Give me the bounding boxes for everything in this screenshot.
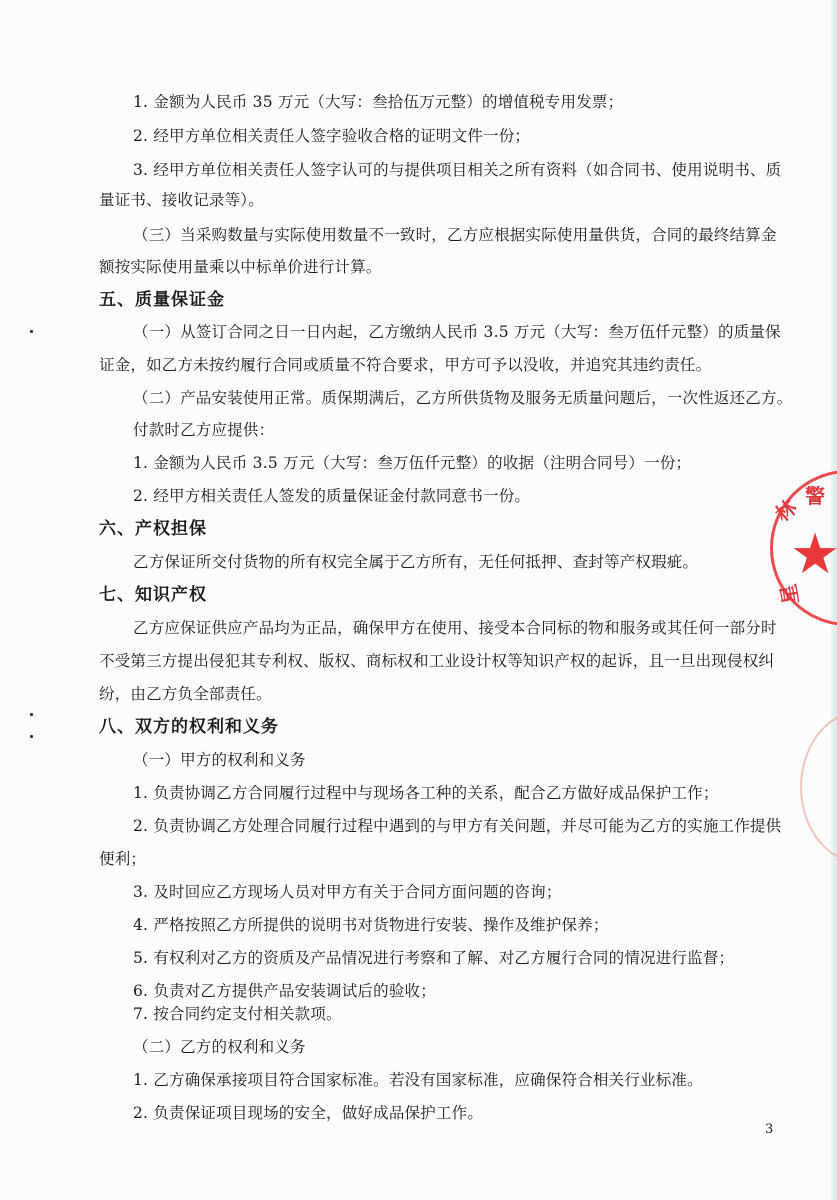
section-heading: 八、双方的权利和义务 — [99, 717, 279, 737]
text-line: 量证书、接收记录等）。 — [99, 190, 264, 210]
section-heading: 六、产权担保 — [99, 519, 207, 539]
seal-char: 警 — [805, 480, 825, 509]
text-line: 7. 按合同约定支付相关款项。 — [133, 1004, 342, 1024]
section-heading: 七、知识产权 — [99, 585, 207, 605]
text-line: 不受第三方提出侵犯其专利权、版权、商标权和工业设计权等知识产权的起诉，且一旦出现… — [99, 651, 774, 671]
text-line: 乙方保证所交付货物的所有权完全属于乙方所有，无任何抵押、查封等产权瑕疵。 — [133, 552, 698, 572]
text-line: （一）从签订合同之日一日内起，乙方缴纳人民币 3.5 万元（大写：叁万伍仟元整）… — [133, 322, 781, 342]
text-line: 2. 经甲方单位相关责任人签字验收合格的证明文件一份； — [133, 126, 530, 146]
text-line: 2. 经甲方相关责任人签发的质量保证金付款同意书一份。 — [133, 486, 530, 506]
text-line: 2. 负责协调乙方处理合同履行过程中遇到的与甲方有关问题，并尽可能为乙方的实施工… — [133, 816, 781, 836]
text-line: 3. 经甲方单位相关责任人签字认可的与提供项目相关之所有资料（如合同书、使用说明… — [133, 160, 781, 180]
text-line: 便利； — [99, 849, 146, 869]
text-line: （三）当采购数量与实际使用数量不一致时，乙方应根据实际使用量供货，合同的最终结算… — [133, 225, 777, 245]
text-line: 证金，如乙方未按约履行合同或质量不符合要求，甲方可予以没收，并追究其违约责任。 — [99, 355, 711, 375]
text-line: 付款时乙方应提供： — [133, 420, 274, 440]
text-line: （一）甲方的权利和义务 — [133, 750, 306, 770]
margin-mark — [30, 330, 33, 333]
text-line: 3. 及时回应乙方现场人员对甲方有关于合同方面问题的咨询； — [133, 882, 562, 902]
text-line: （二）产品安装使用正常。质保期满后，乙方所供货物及服务无质量问题后，一次性返还乙… — [133, 388, 792, 408]
text-line: 1. 金额为人民币 35 万元（大写：叁拾伍万元整）的增值税专用发票； — [133, 92, 623, 112]
text-line: 1. 负责协调乙方合同履行过程中与现场各工种的关系，配合乙方做好成品保护工作； — [133, 783, 719, 803]
text-line: 纷，由乙方负全部责任。 — [99, 684, 272, 704]
section-heading: 五、质量保证金 — [99, 290, 225, 310]
text-line: 1. 金额为人民币 3.5 万元（大写：叁万伍仟元整）的收据（注明合同号）一份； — [133, 453, 691, 473]
text-line: 1. 乙方确保承接项目符合国家标准。若没有国家标准，应确保符合相关行业标准。 — [133, 1070, 703, 1090]
text-line: 4. 严格按照乙方所提供的说明书对货物进行安装、操作及维护保养； — [133, 915, 609, 935]
contract-page: 1. 金额为人民币 35 万元（大写：叁拾伍万元整）的增值税专用发票；2. 经甲… — [0, 0, 837, 1200]
text-line: 乙方应保证供应产品均为正品，确保甲方在使用、接受本合同标的物和服务或其任何一部分… — [133, 618, 777, 638]
seal-star-icon: ★ — [790, 525, 837, 585]
text-line: 6. 负责对乙方提供产品安装调试后的验收； — [133, 981, 436, 1001]
text-line: （二）乙方的权利和义务 — [133, 1037, 306, 1057]
margin-mark — [30, 713, 33, 716]
margin-mark — [30, 735, 33, 738]
text-line: 5. 有权利对乙方的资质及产品情况进行考察和了解、对乙方履行合同的情况进行监督； — [133, 948, 734, 968]
text-line: 额按实际使用量乘以中标单价进行计算。 — [99, 257, 382, 277]
faint-seal-stamp — [800, 710, 837, 864]
text-line: 2. 负责保证项目现场的安全，做好成品保护工作。 — [133, 1103, 483, 1123]
page-number: 3 — [765, 1122, 773, 1137]
